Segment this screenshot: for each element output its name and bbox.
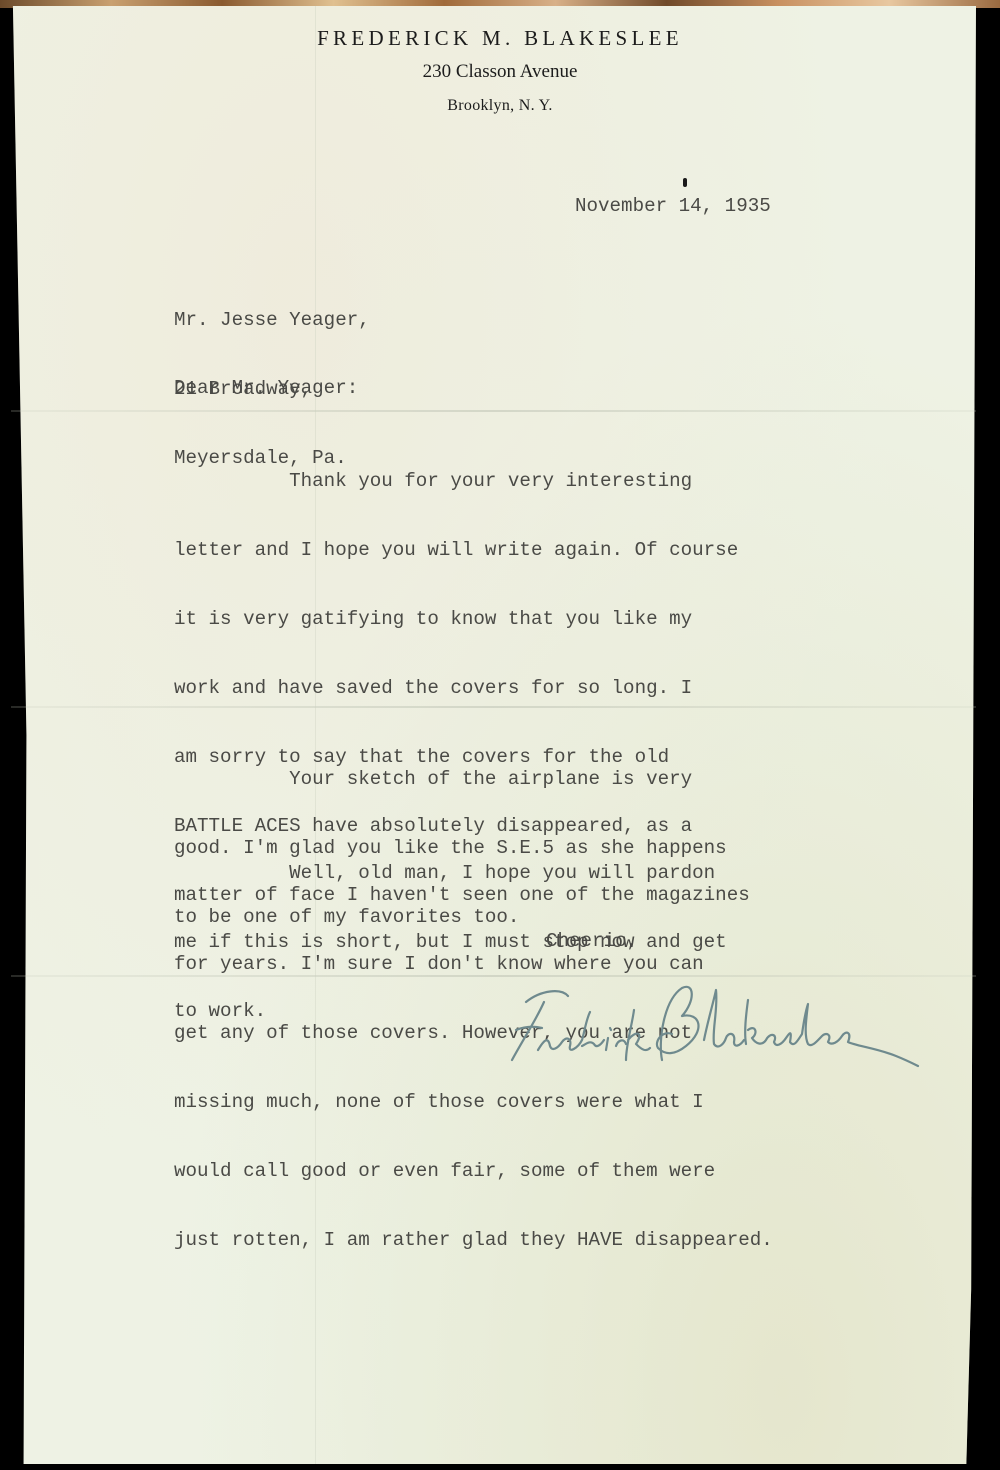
- letterhead-street: 230 Classon Avenue: [0, 61, 1000, 83]
- ink-spot: [683, 178, 687, 187]
- handwritten-signature: Frederick Blakeslee: [486, 960, 926, 1070]
- body-line: me if this is short, but I must stop now…: [174, 931, 727, 954]
- body-line: Your sketch of the airplane is very: [174, 768, 727, 791]
- body-line: Thank you for your very interesting: [174, 470, 773, 493]
- letter-date: November 14, 1935: [575, 195, 771, 218]
- body-line: work and have saved the covers for so lo…: [174, 677, 773, 700]
- body-line: would call good or even fair, some of th…: [174, 1160, 773, 1183]
- body-line: missing much, none of those covers were …: [174, 1091, 773, 1114]
- body-line: letter and I hope you will write again. …: [174, 539, 773, 562]
- body-line: Well, old man, I hope you will pardon: [174, 862, 727, 885]
- salutation: Dear Mr. Yeager:: [174, 377, 358, 400]
- paper-fold-line: [11, 410, 976, 412]
- letterhead-name: FREDERICK M. BLAKESLEE: [0, 26, 1000, 51]
- closing: Cheerio,: [546, 930, 638, 953]
- body-line: it is very gatifying to know that you li…: [174, 608, 773, 631]
- body-line: just rotten, I am rather glad they HAVE …: [174, 1229, 773, 1252]
- recipient-line: Mr. Jesse Yeager,: [174, 309, 370, 332]
- letterhead-city: Brooklyn, N. Y.: [0, 97, 1000, 115]
